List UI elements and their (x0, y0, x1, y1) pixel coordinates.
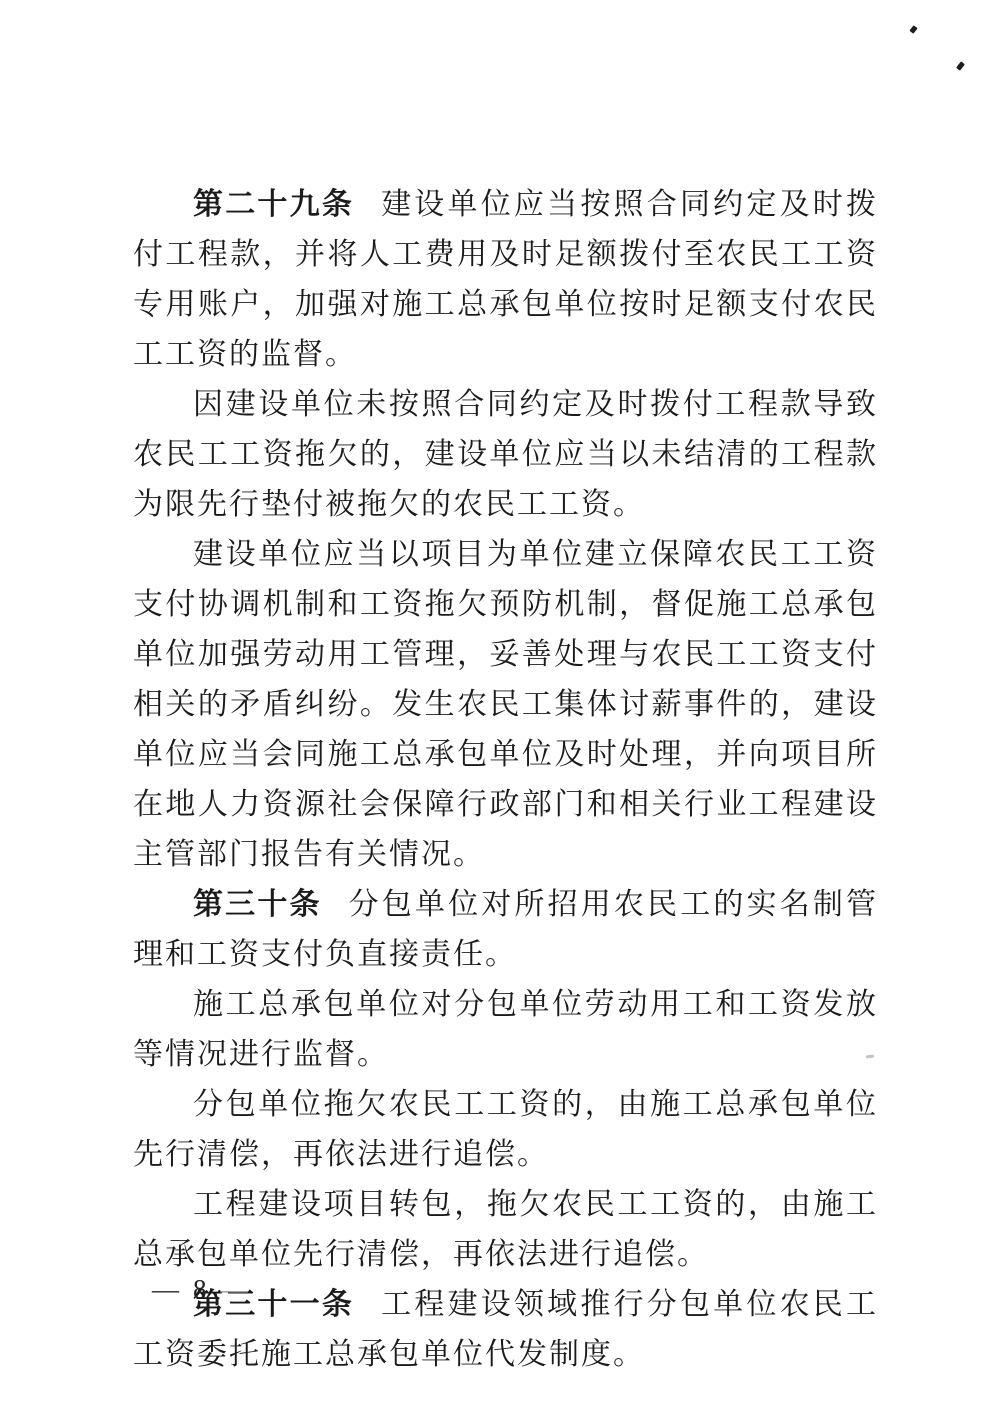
paragraph: 工程建设项目转包，拖欠农民工工资的，由施工总承包单位先行清偿，再依法进行追偿。 (133, 1180, 878, 1280)
paragraph: 分包单位拖欠农民工工资的，由施工总承包单位先行清偿，再依法进行追偿。 (133, 1080, 878, 1180)
paragraph-text: 建设单位应当以项目为单位建立保障农民工工资支付协调机制和工资拖欠预防机制，督促施… (133, 538, 878, 871)
footer-dash-left: — (152, 1272, 179, 1306)
paragraph: 施工总承包单位对分包单位劳动用工和工资发放等情况进行监督。 (133, 980, 878, 1080)
page-number: 8 (193, 1272, 207, 1306)
paragraph-text: 施工总承包单位对分包单位劳动用工和工资发放等情况进行监督。 (133, 988, 878, 1071)
document-body: 第二十九条建设单位应当按照合同约定及时拨付工程款，并将人工费用及时足额拨付至农民… (133, 180, 878, 1380)
paragraph: 建设单位应当以项目为单位建立保障农民工工资支付协调机制和工资拖欠预防机制，督促施… (133, 530, 878, 880)
article-heading: 第二十九条 (193, 188, 354, 221)
scan-speck-icon (956, 61, 965, 70)
scan-speck-icon (909, 25, 917, 34)
paragraph-text: 因建设单位未按照合同约定及时拨付工程款导致农民工工资拖欠的，建设单位应当以未结清… (133, 388, 878, 521)
paragraph-text: 分包单位拖欠农民工工资的，由施工总承包单位先行清偿，再依法进行追偿。 (133, 1088, 878, 1171)
paragraph: 因建设单位未按照合同约定及时拨付工程款导致农民工工资拖欠的，建设单位应当以未结清… (133, 380, 878, 530)
page-footer: — 8 — (152, 1272, 248, 1306)
paragraph-article-30: 第三十条分包单位对所招用农民工的实名制管理和工资支付负直接责任。 (133, 880, 878, 980)
footer-dash-right: — (221, 1272, 248, 1306)
article-heading: 第三十条 (193, 888, 322, 921)
paragraph-article-29: 第二十九条建设单位应当按照合同约定及时拨付工程款，并将人工费用及时足额拨付至农民… (133, 180, 878, 380)
paragraph-text: 工程建设项目转包，拖欠农民工工资的，由施工总承包单位先行清偿，再依法进行追偿。 (133, 1188, 878, 1271)
document-page: 第二十九条建设单位应当按照合同约定及时拨付工程款，并将人工费用及时足额拨付至农民… (0, 0, 1000, 1413)
